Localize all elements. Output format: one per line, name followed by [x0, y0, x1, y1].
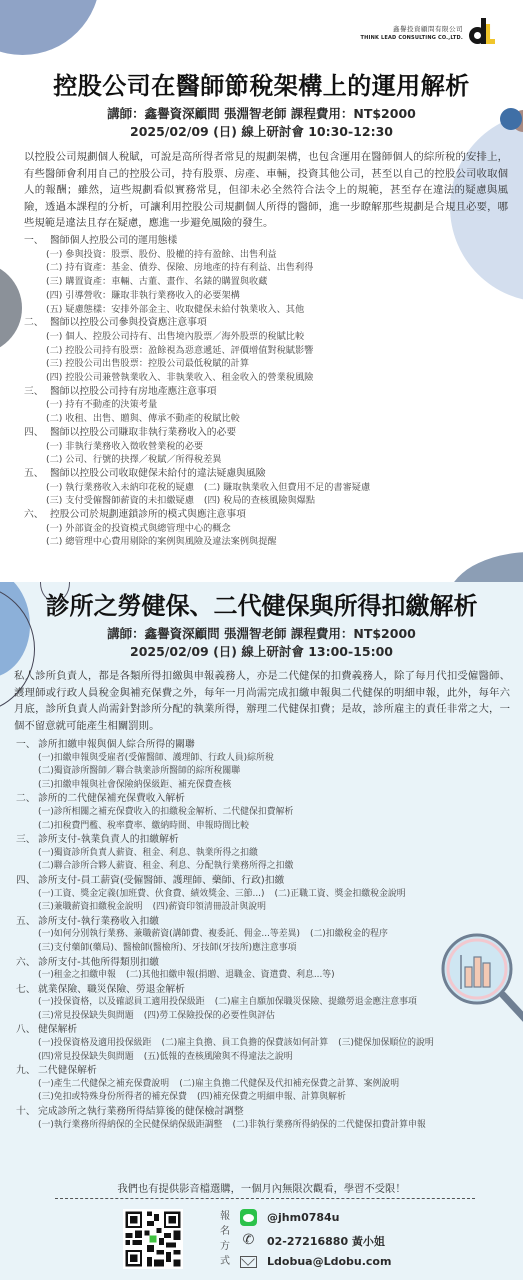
- outline-subitem-row: (三) 控股公司出售股票：控股公司最低稅賦的計算: [24, 357, 494, 371]
- outline-section: 七、就業保險、職災保險、勞退金解析: [16, 983, 516, 997]
- outline-section-title: 診所支付-執行業務收入扣繳: [38, 915, 159, 929]
- outline-subitem-row: (一) 執行業務收入未納印花稅的疑慮(二) 賺取執業收入但費用不足的書審疑慮: [24, 481, 494, 495]
- outline-subitem-row: (三) 支付受僱醫師薪資的未扣繳疑慮(四) 稅局的查核風險與爆點: [24, 494, 494, 508]
- outline-subitem: (二)非執行業務所得納保的二代健保扣費計算申報: [232, 1120, 425, 1130]
- outline-subitem: (三)健保加保順位的說明: [338, 1038, 434, 1048]
- outline-section: 八、健保解析: [16, 1023, 516, 1037]
- outline-section: 三、診所支付-執業負責人的扣繳解析: [16, 833, 516, 847]
- outline-subitem-row: (二) 公司、行號的抉擇／稅賦／所得稅差異: [24, 453, 494, 467]
- outline-section-title: 完成診所之執行業務所得結算後的健保檢討調整: [38, 1105, 244, 1119]
- contact-line[interactable]: @jhm0784u: [240, 1209, 340, 1226]
- outline-section-title: 診所支付-其他所得類別扣繳: [38, 956, 159, 970]
- outline-section-number: 十、: [16, 1105, 38, 1119]
- outline-subitem: (一) 個人、控股公司持有、出售境內股票／海外股票的稅賦比較: [46, 331, 304, 342]
- outline-subitem-row: (一) 外部資金的投資模式與總管理中心的概念: [24, 522, 494, 536]
- outline-subitem-row: (三)扣繳申報與社會保險納保級距、補充保費查核: [16, 779, 516, 793]
- outline-subitem: (二) 公司、行號的抉擇／稅賦／所得稅差異: [46, 454, 221, 465]
- outline-subitem-row: (四) 控股公司兼營執業收入、非執業收入、租金收入的營業稅風險: [24, 371, 494, 385]
- outline-section: 五、診所支付-執行業務收入扣繳: [16, 915, 516, 929]
- course1-title: 控股公司在醫師節稅架構上的運用解析: [0, 66, 523, 101]
- outline-subitem: (三)免扣或特殊身份所得者的補充保費: [38, 1092, 187, 1102]
- outline-subitem: (三)常見投保缺失與問題: [38, 1011, 134, 1021]
- outline-subitem: (二)扣稅費門檻、稅率費率、繳納時間、申報時間比較: [38, 821, 249, 831]
- outline-section-number: 三、: [24, 385, 50, 399]
- outline-subitem: (四) 控股公司兼營執業收入、非執業收入、租金收入的營業稅風險: [46, 372, 313, 383]
- outline-subitem: (一) 非執行業務收入徵收營業稅的必要: [46, 441, 203, 452]
- outline-subitem-row: (二) 持有資產：基金、債券、保險、房地產的持有利益、出售利得: [24, 261, 494, 275]
- outline-section: 三、醫師以控股公司持有房地產應注意事項: [24, 385, 494, 399]
- outline-subitem-row: (二) 總管理中心費用剔除的案例與風險及違法案例與提醒: [24, 535, 494, 549]
- company-logo: 鑫譽投資顧問有限公司 THINK LEAD CONSULTING CO.,LTD…: [361, 18, 495, 46]
- outline-subitem: (一)扣繳申報與受雇者(受僱醫師、護理師、行政人員)綜所稅: [38, 753, 274, 763]
- course2-title: 診所之勞健保、二代健保與所得扣繳解析: [0, 586, 523, 621]
- flyer-page: 鑫譽投資顧問有限公司 THINK LEAD CONSULTING CO.,LTD…: [0, 0, 523, 1280]
- outline-section-title: 醫師以控股公司賺取非執行業務收入的必要: [50, 426, 236, 440]
- outline-subitem-row: (一)診所相關之補充保費收入的扣繳稅金解析、二代健保扣費解析: [16, 806, 516, 820]
- outline-subitem: (四)常見投保缺失與問題: [38, 1052, 134, 1062]
- course1-instructor-fee: 講師：鑫譽資深顧問 張淵智老師 課程費用：NT$2000: [0, 104, 523, 122]
- outline-section: 九、二代健保解析: [16, 1064, 516, 1078]
- outline-section-title: 二代健保解析: [38, 1064, 97, 1078]
- outline-subitem-row: (二)扣稅費門檻、稅率費率、繳納時間、申報時間比較: [16, 820, 516, 834]
- outline-subitem-row: (四)常見投保缺失與問題(五)低報的查核風險與不得違法之說明: [16, 1051, 516, 1065]
- outline-section-title: 醫師以控股公司收取健保未給付的違法疑慮與風險: [50, 467, 266, 481]
- outline-subitem-row: (三) 購置資產：車輛、古董、畫作、名錶的購置與收藏: [24, 275, 494, 289]
- outline-section-number: 一、: [16, 738, 38, 752]
- outline-subitem-row: (二) 收租、出售、贈與、傳承不動產的稅賦比較: [24, 412, 494, 426]
- outline-section-number: 二、: [24, 316, 50, 330]
- outline-section-title: 診所支付-執業負責人的扣繳解析: [38, 833, 179, 847]
- outline-section-title: 控股公司於規劃連鎖診所的模式與應注意事項: [50, 508, 246, 522]
- outline-subitem-row: (一) 參與投資：股票、股份、股權的持有盈餘、出售利益: [24, 248, 494, 262]
- course1-date-time: 2025/02/09 (日) 線上研討會 10:30-12:30: [0, 122, 523, 140]
- outline-subitem-row: (一)產生二代健保之補充保費說明(二)雇主負擔二代健保及代扣補充保費之計算、案例…: [16, 1078, 516, 1092]
- outline-subitem: (一)租金之扣繳申報: [38, 970, 116, 980]
- registration-label: 報 名 方 式: [219, 1209, 231, 1269]
- outline-section: 一、診所扣繳申報與個人綜合所得的關聯: [16, 738, 516, 752]
- outline-subitem-row: (一)執行業務所得納保的全民健保納保級距調整(二)非執行業務所得納保的二代健保扣…: [16, 1119, 516, 1133]
- phone-number[interactable]: 02-27216880 黃小姐: [267, 1233, 385, 1249]
- outline-section: 四、醫師以控股公司賺取非執行業務收入的必要: [24, 426, 494, 440]
- outline-subitem: (三) 控股公司出售股票：控股公司最低稅賦的計算: [46, 358, 249, 369]
- qr-code-icon[interactable]: [123, 1209, 183, 1269]
- contact-email[interactable]: Ldobua@Ldobu.com: [240, 1255, 391, 1268]
- outline-subitem-row: (三)支付藥師(藥局)、醫檢師(醫檢所)、牙技師(牙技所)應注意事項: [16, 942, 516, 956]
- outline-subitem: (三)扣繳申報與社會保險納保級距、補充保費查核: [38, 780, 231, 790]
- course2-outline: 一、診所扣繳申報與個人綜合所得的關聯(一)扣繳申報與受雇者(受僱醫師、護理師、行…: [16, 738, 516, 1132]
- outline-subitem: (四)勞工保險投保的必要性與評估: [144, 1011, 275, 1021]
- outline-section-number: 七、: [16, 983, 38, 997]
- outline-subitem: (五) 疑慮態樣：安排外部金主、收取健保未給付執業收入、其他: [46, 304, 304, 315]
- outline-section-title: 診所扣繳申報與個人綜合所得的關聯: [38, 738, 195, 752]
- video-promo-text: 我們也有提供影音檔選購，一個月內無限次觀看，學習不受限！: [0, 1180, 523, 1195]
- outline-subitem: (一)執行業務所得納保的全民健保納保級距調整: [38, 1120, 222, 1130]
- contact-phone[interactable]: ✆ 02-27216880 黃小姐: [240, 1232, 385, 1249]
- outline-section-number: 四、: [16, 874, 38, 888]
- email-address[interactable]: Ldobua@Ldobu.com: [267, 1255, 391, 1268]
- company-name-en: THINK LEAD CONSULTING CO.,LTD.: [361, 35, 463, 41]
- dl-logo-icon: [469, 18, 495, 46]
- outline-subitem-row: (一)如何分別執行業務、兼職薪資(講師費、複委託、佣金...等差異)(二)扣繳稅…: [16, 928, 516, 942]
- outline-section-number: 一、: [24, 234, 50, 248]
- outline-section-number: 六、: [24, 508, 50, 522]
- outline-subitem: (三)支付藥師(藥局)、醫檢師(醫檢所)、牙技師(牙技所)應注意事項: [38, 943, 296, 953]
- outline-subitem: (二) 總管理中心費用剔除的案例與風險及違法案例與提醒: [46, 536, 277, 547]
- outline-section-title: 診所的二代健保補充保費收入解析: [38, 792, 185, 806]
- outline-subitem-row: (一)投保資格及適用投保級距(二)雇主負擔、員工負擔的保費該如何計算(三)健保加…: [16, 1037, 516, 1051]
- outline-subitem: (一) 外部資金的投資模式與總管理中心的概念: [46, 523, 231, 534]
- course2-date-time: 2025/02/09 (日) 線上研討會 13:00-15:00: [0, 642, 523, 660]
- outline-subitem: (三)兼職薪資扣繳稅金說明: [38, 902, 143, 912]
- outline-subitem: (二)獨資診所醫師／聯合執業診所醫師的綜所稅關聯: [38, 766, 240, 776]
- outline-subitem: (二) 持有資產：基金、債券、保險、房地產的持有利益、出售利得: [46, 262, 313, 273]
- outline-subitem: (二) 賺取執業收入但費用不足的書審疑慮: [204, 482, 370, 493]
- outline-subitem: (三) 支付受僱醫師薪資的未扣繳疑慮: [46, 495, 194, 506]
- outline-subitem: (一)產生二代健保之補充保費說明: [38, 1079, 169, 1089]
- outline-section-number: 三、: [16, 833, 38, 847]
- outline-subitem-row: (一)租金之扣繳申報(二)其他扣繳申報(捐贈、退職金、資遣費、利息...等): [16, 969, 516, 983]
- outline-subitem: (四) 稅局的查核風險與爆點: [204, 495, 315, 506]
- course2-intro: 私人診所負責人，都是各類所得扣繳與申報義務人，亦是二代健保的扣費義務人，除了每月…: [14, 668, 510, 734]
- outline-section-number: 六、: [16, 956, 38, 970]
- outline-section-number: 五、: [16, 915, 38, 929]
- outline-section: 六、診所支付-其他所得類別扣繳: [16, 956, 516, 970]
- outline-subitem-row: (五) 疑慮態樣：安排外部金主、收取健保未給付執業收入、其他: [24, 303, 494, 317]
- outline-subitem-row: (一) 非執行業務收入徵收營業稅的必要: [24, 440, 494, 454]
- outline-section: 五、醫師以控股公司收取健保未給付的違法疑慮與風險: [24, 467, 494, 481]
- company-name-cn: 鑫譽投資顧問有限公司: [361, 24, 463, 33]
- outline-subitem-row: (二) 控股公司持有股票：盈餘視為惡意遞延、評價增值對稅賦影響: [24, 344, 494, 358]
- line-id[interactable]: @jhm0784u: [267, 1211, 340, 1224]
- outline-subitem-row: (一)扣繳申報與受雇者(受僱醫師、護理師、行政人員)綜所稅: [16, 752, 516, 766]
- outline-subitem: (二)雇主負擔、員工負擔的保費該如何計算: [161, 1038, 328, 1048]
- outline-section: 二、醫師以控股公司參與投資應注意事項: [24, 316, 494, 330]
- outline-subitem: (二)扣繳稅金的程序: [310, 929, 388, 939]
- decorative-wave-icon: [448, 552, 523, 582]
- outline-section-number: 二、: [16, 792, 38, 806]
- outline-subitem-row: (四) 引導營收：賺取非執行業務收入的必要架構: [24, 289, 494, 303]
- outline-section-number: 九、: [16, 1064, 38, 1078]
- outline-subitem: (二)雇主自願加保職災保險、提繳勞退金應注意事項: [215, 997, 417, 1007]
- outline-section: 一、醫師個人控股公司的運用態樣: [24, 234, 494, 248]
- outline-subitem-row: (一)投保資格，以及確認員工適用投保級距(二)雇主自願加保職災保險、提繳勞退金應…: [16, 996, 516, 1010]
- outline-section-title: 健保解析: [38, 1023, 77, 1037]
- outline-section-title: 醫師以控股公司持有房地產應注意事項: [50, 385, 217, 399]
- outline-section: 六、控股公司於規劃連鎖診所的模式與應注意事項: [24, 508, 494, 522]
- outline-subitem: (二)其他扣繳申報(捐贈、退職金、資遣費、利息...等): [126, 970, 335, 980]
- outline-subitem-row: (一)獨資診所負責人薪資、租金、利息、執業所得之扣繳: [16, 847, 516, 861]
- outline-subitem-row: (三)常見投保缺失與問題(四)勞工保險投保的必要性與評估: [16, 1010, 516, 1024]
- outline-section: 十、完成診所之執行業務所得結算後的健保檢討調整: [16, 1105, 516, 1119]
- outline-subitem: (一) 執行業務收入未納印花稅的疑慮: [46, 482, 194, 493]
- outline-subitem: (一)獨資診所負責人薪資、租金、利息、執業所得之扣繳: [38, 848, 258, 858]
- line-app-icon: [240, 1209, 257, 1226]
- outline-subitem: (四)薪資印領清冊設計與說明: [153, 902, 266, 912]
- course1-intro: 以控股公司規劃個人稅賦，可說是高所得者常見的規劃架構，也包含運用在醫師個人的綜所…: [24, 149, 508, 232]
- outline-section-title: 醫師以控股公司參與投資應注意事項: [50, 316, 207, 330]
- outline-subitem: (四)補充保費之明細申報、計算與解析: [197, 1092, 346, 1102]
- outline-subitem: (一)投保資格及適用投保級距: [38, 1038, 151, 1048]
- outline-section: 二、診所的二代健保補充保費收入解析: [16, 792, 516, 806]
- dashed-divider: [55, 1198, 475, 1199]
- outline-subitem: (二)聯合診所合夥人薪資、租金、利息、分配執行業務所得之扣繳: [38, 861, 293, 871]
- outline-subitem-row: (三)免扣或特殊身份所得者的補充保費(四)補充保費之明細申報、計算與解析: [16, 1091, 516, 1105]
- decorative-circle-icon: [0, 262, 22, 354]
- outline-subitem: (一)診所相關之補充保費收入的扣繳稅金解析、二代健保扣費解析: [38, 807, 293, 817]
- outline-subitem: (三) 購置資產：車輛、古董、畫作、名錶的購置與收藏: [46, 276, 267, 287]
- outline-section-number: 八、: [16, 1023, 38, 1037]
- outline-subitem: (五)低報的查核風險與不得違法之說明: [144, 1052, 293, 1062]
- outline-subitem-row: (一) 個人、控股公司持有、出售境內股票／海外股票的稅賦比較: [24, 330, 494, 344]
- outline-section-number: 五、: [24, 467, 50, 481]
- outline-subitem: (二)正職工資、獎金扣繳稅金說明: [274, 889, 405, 899]
- mail-icon: [240, 1256, 257, 1268]
- outline-subitem: (二) 收租、出售、贈與、傳承不動產的稅賦比較: [46, 413, 240, 424]
- outline-subitem: (四) 引導營收：賺取非執行業務收入的必要架構: [46, 290, 240, 301]
- outline-section-title: 就業保險、職災保險、勞退金解析: [38, 983, 185, 997]
- course2-instructor-fee: 講師：鑫譽資深顧問 張淵智老師 課程費用：NT$2000: [0, 624, 523, 642]
- outline-section-title: 診所支付-員工薪資(受僱醫師、護理師、藥師、行政)扣繳: [38, 874, 284, 888]
- outline-subitem: (一)投保資格，以及確認員工適用投保級距: [38, 997, 205, 1007]
- outline-subitem-row: (二)聯合診所合夥人薪資、租金、利息、分配執行業務所得之扣繳: [16, 860, 516, 874]
- outline-subitem: (二)雇主負擔二代健保及代扣補充保費之計算、案例說明: [179, 1079, 399, 1089]
- outline-section-title: 醫師個人控股公司的運用態樣: [50, 234, 177, 248]
- outline-subitem: (二) 控股公司持有股票：盈餘視為惡意遞延、評價增值對稅賦影響: [46, 345, 313, 356]
- outline-subitem-row: (三)兼職薪資扣繳稅金說明(四)薪資印領清冊設計與說明: [16, 901, 516, 915]
- outline-subitem-row: (一)工資、獎金定義(加班費、伙食費、績效獎金、三節...)(二)正職工資、獎金…: [16, 888, 516, 902]
- outline-subitem-row: (二)獨資診所醫師／聯合執業診所醫師的綜所稅關聯: [16, 765, 516, 779]
- phone-icon: ✆: [240, 1232, 257, 1249]
- course1-outline: 一、醫師個人控股公司的運用態樣(一) 參與投資：股票、股份、股權的持有盈餘、出售…: [24, 234, 494, 549]
- outline-subitem: (一)工資、獎金定義(加班費、伙食費、績效獎金、三節...): [38, 889, 264, 899]
- outline-section-number: 四、: [24, 426, 50, 440]
- outline-subitem: (一)如何分別執行業務、兼職薪資(講師費、複委託、佣金...等差異): [38, 929, 300, 939]
- outline-subitem-row: (一) 持有不動產的決策考量: [24, 398, 494, 412]
- outline-subitem: (一) 參與投資：股票、股份、股權的持有盈餘、出售利益: [46, 249, 277, 260]
- outline-subitem: (一) 持有不動產的決策考量: [46, 399, 157, 410]
- decorative-circle-icon: [0, 0, 100, 55]
- outline-section: 四、診所支付-員工薪資(受僱醫師、護理師、藥師、行政)扣繳: [16, 874, 516, 888]
